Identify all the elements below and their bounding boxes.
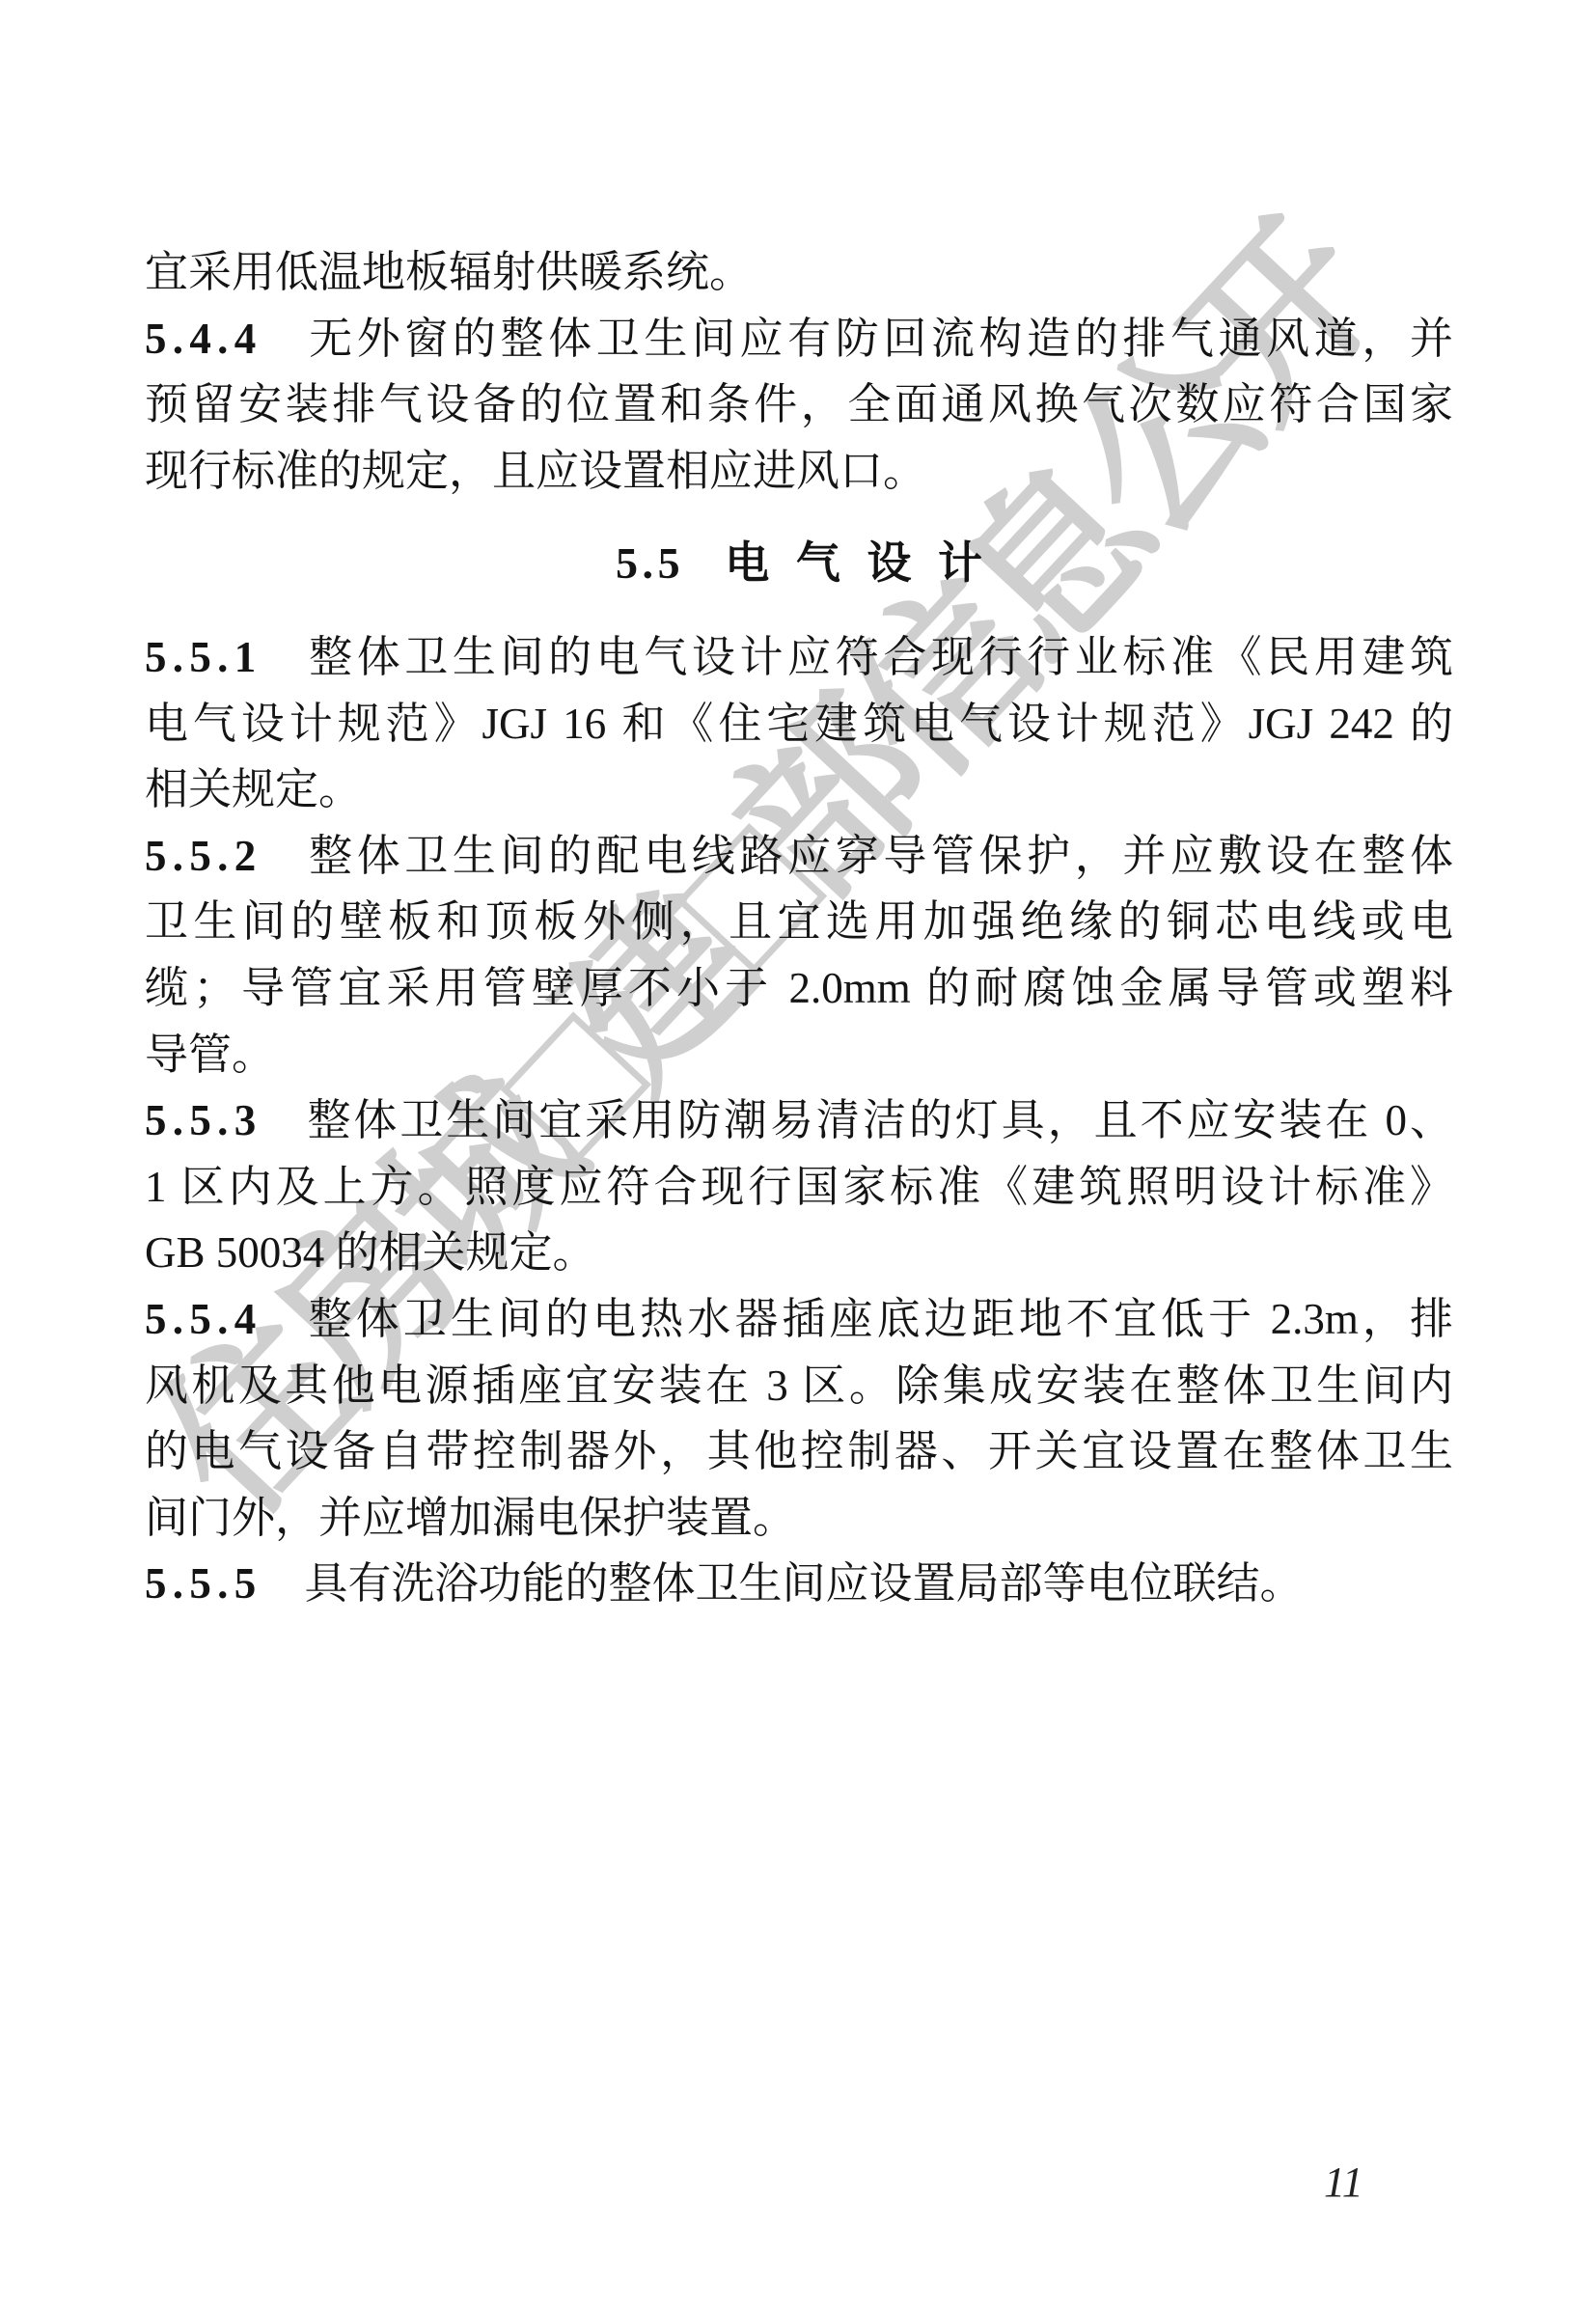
line-text: 宜采用低温地板辐射供暖系统。 xyxy=(145,248,753,296)
line-text: 1 区内及上方。照度应符合现行国家标准《建筑照明设计标准》 xyxy=(145,1163,1453,1211)
body-line: 的电气设备自带控制器外，其他控制器、开关宜设置在整体卫生 xyxy=(145,1418,1453,1485)
body-line: 卫生间的壁板和顶板外侧，且宜选用加强绝缘的铜芯电线或电 xyxy=(145,889,1453,955)
body-line: 间门外，并应增加漏电保护装置。 xyxy=(145,1485,1453,1552)
body-line: 风机及其他电源插座宜安装在 3 区。除集成安装在整体卫生间内 xyxy=(145,1353,1453,1419)
line-text: 风机及其他电源插座宜安装在 3 区。除集成安装在整体卫生间内 xyxy=(145,1362,1453,1410)
clause-number: 5.4.4 xyxy=(145,315,262,363)
line-text: 现行标准的规定，且应设置相应进风口。 xyxy=(145,447,926,495)
body-line: 相关规定。 xyxy=(145,757,1453,823)
body-line: 电气设计规范》JGJ 16 和《住宅建筑电气设计规范》JGJ 242 的 xyxy=(145,691,1453,757)
clause-number: 5.5.5 xyxy=(145,1559,262,1608)
line-text: 整体卫生间的电热水器插座底边距地不宜低于 2.3m，排 xyxy=(305,1295,1454,1343)
body-line: 5.5.5具有洗浴功能的整体卫生间应设置局部等电位联结。 xyxy=(145,1551,1453,1617)
body-line: 5.5.3整体卫生间宜采用防潮易清洁的灯具，且不应安装在 0、 xyxy=(145,1087,1453,1154)
document-page: { "watermark": { "text": "住房城□建□部信息公开" }… xyxy=(0,0,1596,2311)
body-line: 5.4.4无外窗的整体卫生间应有防回流构造的排气通风道，并 xyxy=(145,306,1453,372)
line-text: 导管。 xyxy=(145,1031,275,1079)
line-text: 整体卫生间的配电线路应穿导管保护，并应敷设在整体 xyxy=(305,832,1454,880)
line-text: 电气设计规范》JGJ 16 和《住宅建筑电气设计规范》JGJ 242 的 xyxy=(145,700,1453,748)
line-text: GB 50034 的相关规定。 xyxy=(145,1228,596,1277)
body-text: 宜采用低温地板辐射供暖系统。 5.4.4无外窗的整体卫生间应有防回流构造的排气通… xyxy=(145,239,1453,1617)
line-text: 卫生间的壁板和顶板外侧，且宜选用加强绝缘的铜芯电线或电 xyxy=(145,897,1453,946)
line-text: 缆；导管宜采用管壁厚不小于 2.0mm 的耐腐蚀金属导管或塑料 xyxy=(145,964,1453,1012)
line-text: 预留安装排气设备的位置和条件，全面通风换气次数应符合国家 xyxy=(145,380,1453,428)
body-line: 导管。 xyxy=(145,1022,1453,1088)
section-heading: 5.5电气设计 xyxy=(145,531,1453,597)
clause-number: 5.5.1 xyxy=(145,633,262,681)
line-text: 的电气设备自带控制器外，其他控制器、开关宜设置在整体卫生 xyxy=(145,1427,1453,1475)
body-line: 现行标准的规定，且应设置相应进风口。 xyxy=(145,438,1453,505)
line-text: 无外窗的整体卫生间应有防回流构造的排气通风道，并 xyxy=(305,315,1454,363)
line-text: 相关规定。 xyxy=(145,765,362,813)
line-text: 整体卫生间宜采用防潮易清洁的灯具，且不应安装在 0、 xyxy=(305,1096,1454,1144)
clause-number: 5.5.4 xyxy=(145,1295,262,1343)
line-text: 具有洗浴功能的整体卫生间应设置局部等电位联结。 xyxy=(305,1559,1304,1608)
line-text: 间门外，并应增加漏电保护装置。 xyxy=(145,1494,796,1542)
clause-number: 5.5.3 xyxy=(145,1096,262,1144)
body-line: 预留安装排气设备的位置和条件，全面通风换气次数应符合国家 xyxy=(145,371,1453,438)
page-number: 11 xyxy=(1324,2158,1363,2207)
body-line: 5.5.2整体卫生间的配电线路应穿导管保护，并应敷设在整体 xyxy=(145,823,1453,890)
body-line: 1 区内及上方。照度应符合现行国家标准《建筑照明设计标准》 xyxy=(145,1154,1453,1221)
clause-number: 5.5.2 xyxy=(145,832,262,880)
line-text: 整体卫生间的电气设计应符合现行行业标准《民用建筑 xyxy=(305,633,1454,681)
section-title: 电气设计 xyxy=(725,538,1008,588)
body-line: 5.5.1整体卫生间的电气设计应符合现行行业标准《民用建筑 xyxy=(145,624,1453,691)
body-line: 宜采用低温地板辐射供暖系统。 xyxy=(145,239,1453,306)
body-line: GB 50034 的相关规定。 xyxy=(145,1220,1453,1286)
body-line: 缆；导管宜采用管壁厚不小于 2.0mm 的耐腐蚀金属导管或塑料 xyxy=(145,955,1453,1022)
body-line: 5.5.4整体卫生间的电热水器插座底边距地不宜低于 2.3m，排 xyxy=(145,1286,1453,1353)
section-number: 5.5 xyxy=(616,538,684,588)
